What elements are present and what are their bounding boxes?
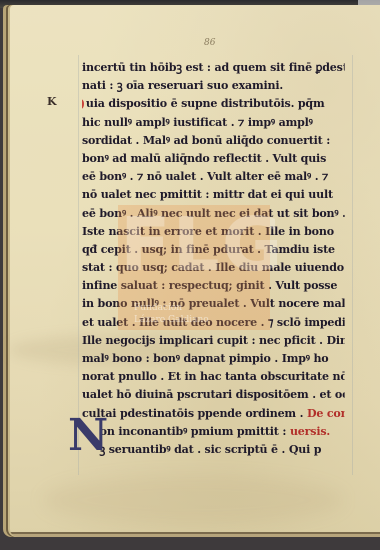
ruling-line-right: [352, 55, 353, 475]
text-line: Ille negocijs implicari cupit : nec pfic…: [82, 331, 345, 349]
text-line: nati : ꝫ oīa reseruari suo examini.: [82, 76, 345, 94]
text-line: ꝫ seruantibꝰ dat . sic scriptū ē . Qui p: [82, 440, 345, 458]
watermark-text: Fundación: [134, 303, 182, 313]
rubric-heading: uersis.: [290, 424, 330, 438]
text-line: norat pnullo . Et in hac tanta obscurita…: [82, 367, 345, 385]
text-line-with-rubric: cultai pdestinatōis ppende ordinem . De …: [82, 404, 345, 422]
text-line: malꝰ bono : bonꝰ dapnat pimpio . Impꝰ ho: [82, 349, 345, 367]
text-line: eē bonꝰ . ⁊ nō ualet . Vult alter eē mal…: [82, 167, 345, 185]
parchment-stain: [43, 475, 343, 525]
watermark-text: Lázaro Galdiano: [134, 315, 209, 325]
text-line-with-initial: Quia dispositio ē supne distributōis. pq…: [82, 94, 345, 112]
rubric-heading: De con: [307, 406, 345, 420]
red-initial-q-icon: Q: [82, 98, 84, 111]
blue-initial-n-icon: N: [68, 414, 108, 458]
text-line: sordidat . Malꝰ ad bonū aliq̄do conuerti…: [82, 131, 345, 149]
text-line-content: on inconantibꝰ pmium pmittit :: [100, 424, 287, 438]
text-line: bonꝰ ad malū aliq̄ndo reflectit . Vult q…: [82, 149, 345, 167]
text-line-with-rubric: on inconantibꝰ pmium pmittit : uersis.: [82, 422, 345, 440]
text-line: incertū tin hōibꝫ est : ad quem sit finē…: [82, 58, 345, 76]
marginal-letter: K: [47, 95, 57, 108]
text-line-content: cultai pdestinatōis ppende ordinem .: [82, 406, 303, 420]
folio-number: 86: [204, 38, 215, 48]
text-line: ualet hō diuinā pscrutari dispositōem . …: [82, 385, 345, 403]
watermark-logo: FLG: [120, 208, 284, 282]
text-line-content: uia dispositio ē supne distributōis. pq̄…: [86, 96, 325, 110]
text-line: hic nullꝰ amplꝰ iustificat . ⁊ impꝰ ampl…: [82, 113, 345, 131]
text-line: nō ualet nec pmittit : mittr dat ei qui …: [82, 185, 345, 203]
